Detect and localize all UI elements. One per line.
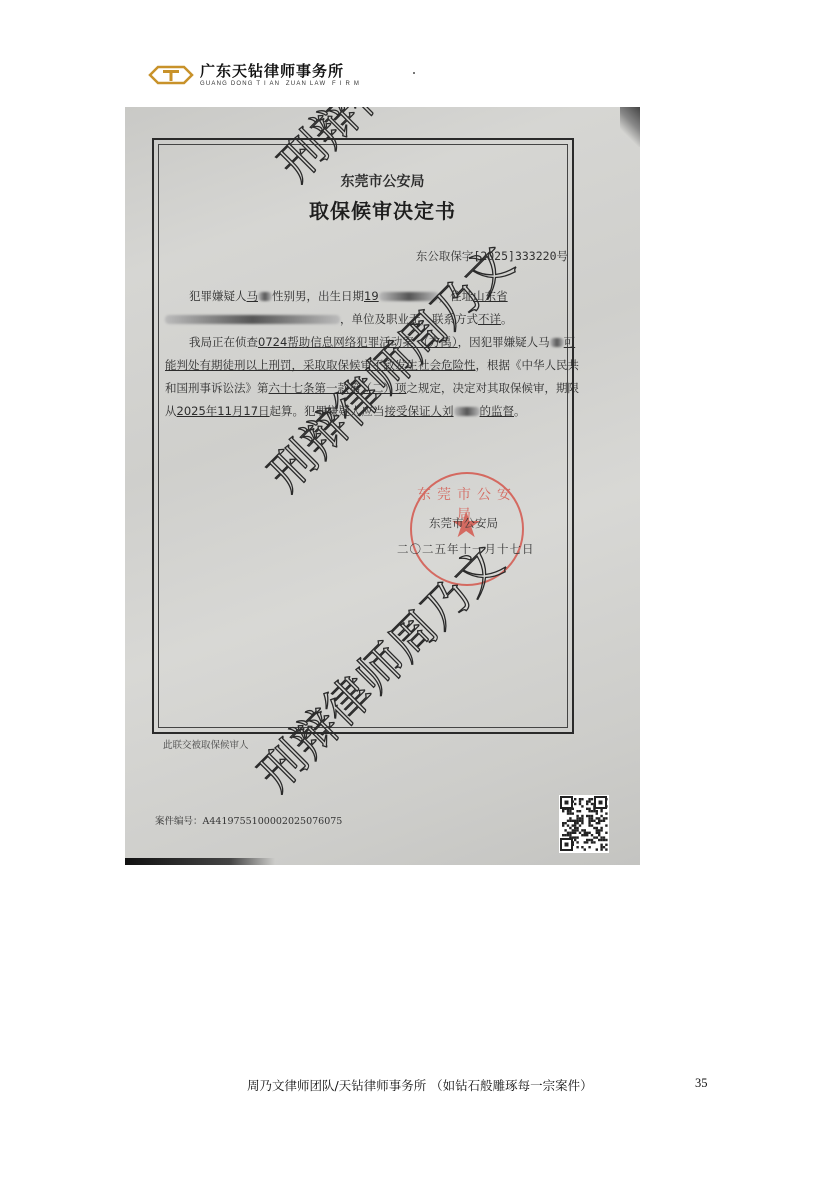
document-photo: 东莞市公安局 取保候审决定书 东公取保字[2025]333220号 犯罪嫌疑人马… bbox=[125, 107, 640, 865]
firm-name-cn: 广东天钻律师事务所 bbox=[200, 64, 360, 79]
suspect-info-paragraph: 犯罪嫌疑人马性别男，出生日期19，住址山东省 ，单位及职业无，联系方式不详。 bbox=[165, 285, 585, 331]
firm-name-en: GUANG DONG T I AN ZUAN LAW F I R M bbox=[200, 81, 360, 87]
photo-shadow bbox=[620, 107, 640, 147]
contact: 不详 bbox=[478, 312, 501, 326]
document-title: 取保候审决定书 bbox=[125, 195, 640, 224]
redacted-birth-date bbox=[379, 292, 439, 301]
redacted-address bbox=[165, 315, 340, 324]
case-name: 0724帮助信息网络犯罪活动案 （方禹） bbox=[258, 335, 458, 349]
document-border-frame bbox=[152, 138, 574, 734]
occupation: 无 bbox=[409, 312, 421, 326]
redacted-guarantor bbox=[454, 407, 480, 416]
decision-paragraph: 我局正在侦查0724帮助信息网络犯罪活动案 （方禹），因犯罪嫌疑人马可能判处有期… bbox=[165, 331, 585, 423]
copy-note: 此联交被取保候审人 bbox=[163, 737, 249, 751]
firm-header: 广东天钻律师事务所 GUANG DONG T I AN ZUAN LAW F I… bbox=[148, 62, 360, 88]
case-number: 案件编号：A4419755100002025076075 bbox=[155, 813, 342, 827]
guarantor: 接受保证人刘 bbox=[385, 404, 454, 418]
issuing-agency: 东莞市公安局 bbox=[125, 171, 640, 191]
page-number: 35 bbox=[695, 1076, 708, 1091]
law-article: 六十七条第一款第（二）项 bbox=[269, 381, 407, 395]
suspect-name: 马 bbox=[247, 289, 259, 303]
diamond-t-logo-icon bbox=[148, 64, 194, 86]
start-date: 2025年11月17日 bbox=[177, 404, 270, 418]
header-dot bbox=[413, 72, 415, 74]
birth-date: 19 bbox=[364, 289, 379, 303]
document-body: 犯罪嫌疑人马性别男，出生日期19，住址山东省 ，单位及职业无，联系方式不详。 我… bbox=[165, 285, 585, 423]
signature-date: 二〇二五年十一月十七日 bbox=[397, 541, 535, 557]
footer-text: 周乃文律师团队/天钻律师事务所 （如钻石般雕琢每一宗案件） bbox=[247, 1076, 593, 1094]
signature-org: 东莞市公安局 bbox=[429, 515, 498, 531]
redacted-name bbox=[258, 292, 272, 301]
address: 山东省 bbox=[473, 289, 508, 303]
qr-code-icon bbox=[559, 795, 609, 853]
document-number: 东公取保字[2025]333220号 bbox=[416, 248, 568, 264]
